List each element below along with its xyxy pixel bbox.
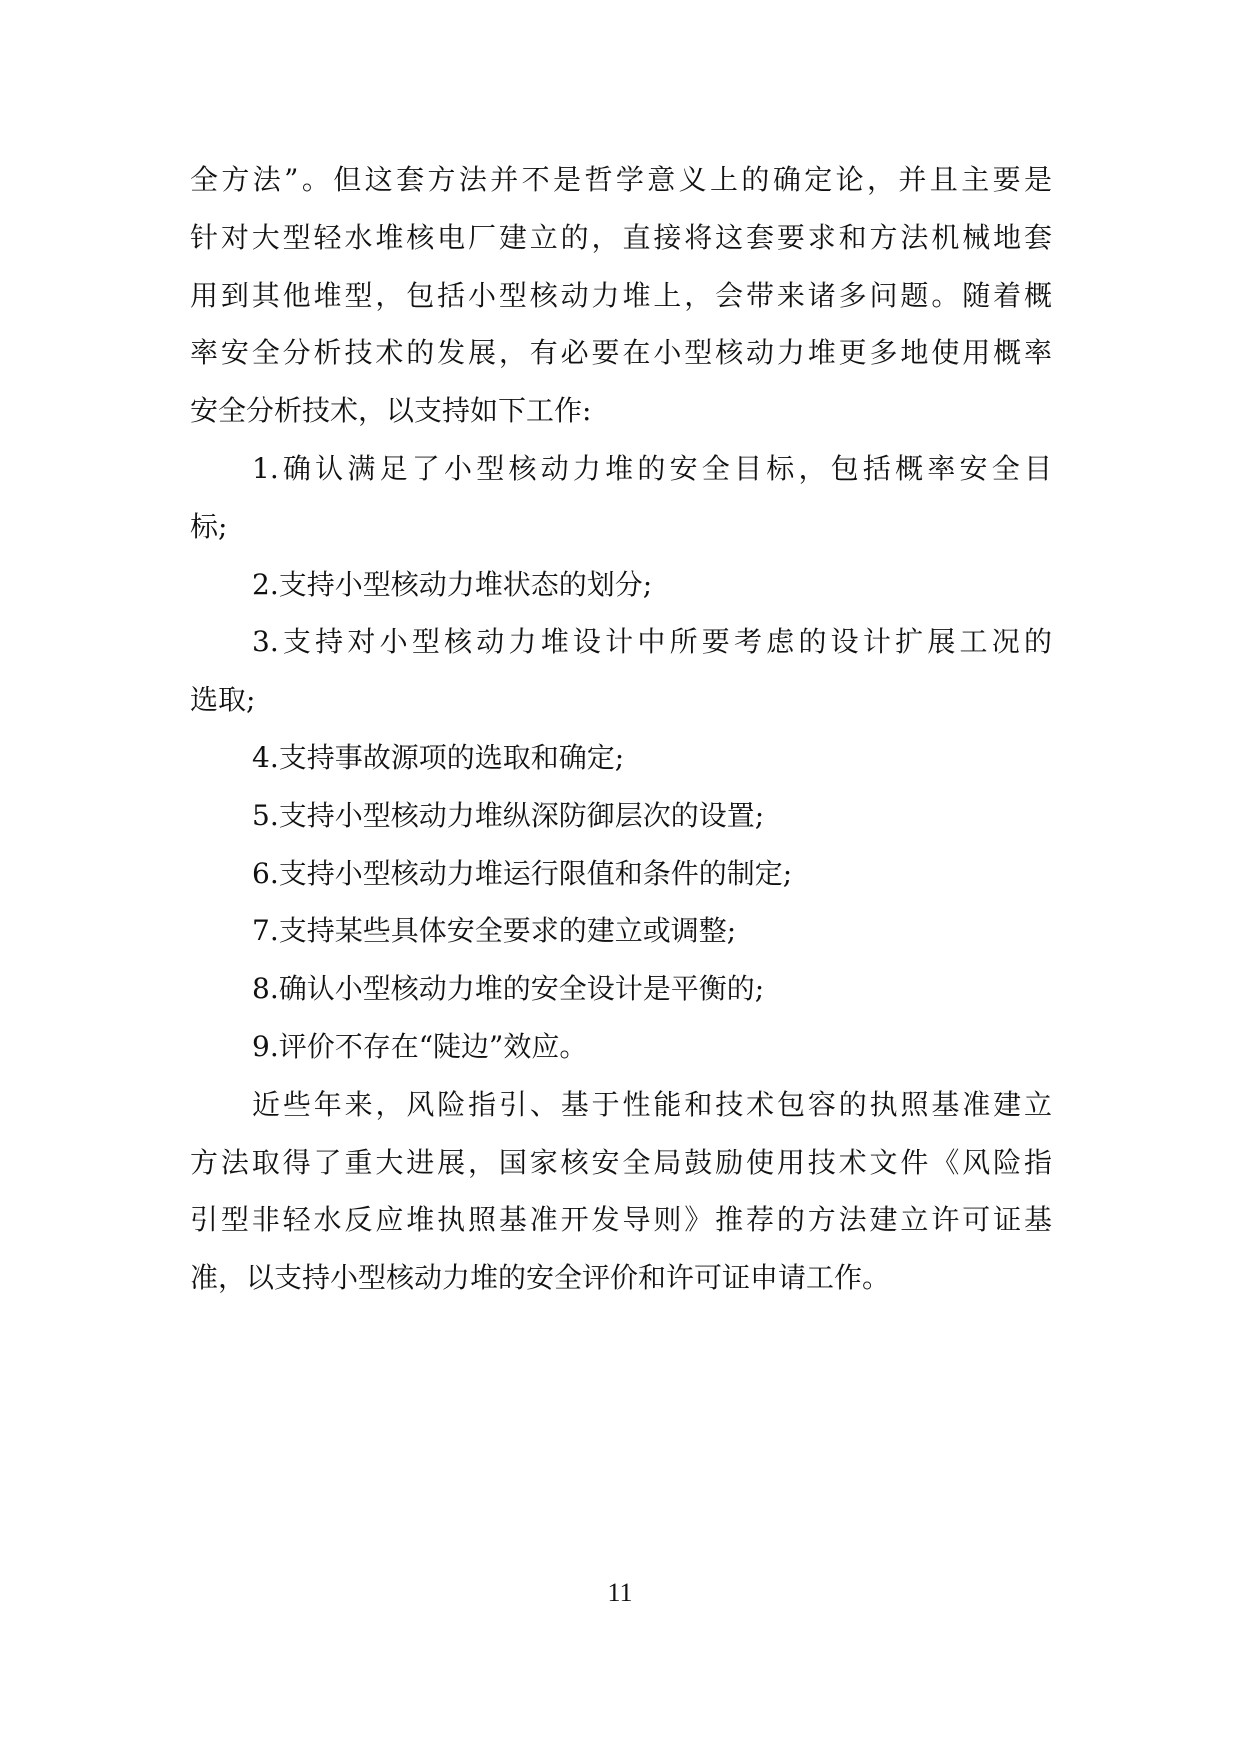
list-item: 5.支持小型核动力堆纵深防御层次的设置;: [190, 794, 1052, 852]
page-number: 11: [0, 1578, 1240, 1608]
list-item-text: 5.支持小型核动力堆纵深防御层次的设置;: [190, 794, 1052, 852]
list-item: 7.支持某些具体安全要求的建立或调整;: [190, 909, 1052, 967]
list-item-text: 标;: [190, 505, 1052, 563]
text-line: 方法取得了重大进展，国家核安全局鼓励使用技术文件《风险指: [190, 1141, 1052, 1199]
list-item: 1.确认满足了小型核动力堆的安全目标，包括概率安全目 标;: [190, 447, 1052, 563]
text-line: 准，以支持小型核动力堆的安全评价和许可证申请工作。: [190, 1256, 1052, 1314]
text-line: 用到其他堆型，包括小型核动力堆上，会带来诸多问题。随着概: [190, 274, 1052, 332]
intro-paragraph: 全方法”。但这套方法并不是哲学意义上的确定论，并且主要是 针对大型轻水堆核电厂建…: [190, 158, 1052, 447]
text-line: 引型非轻水反应堆执照基准开发导则》推荐的方法建立许可证基: [190, 1198, 1052, 1256]
list-item-text: 2.支持小型核动力堆状态的划分;: [190, 563, 1052, 621]
list-item-text: 6.支持小型核动力堆运行限值和条件的制定;: [190, 852, 1052, 910]
list-item-text: 7.支持某些具体安全要求的建立或调整;: [190, 909, 1052, 967]
text-line: 安全分析技术，以支持如下工作:: [190, 389, 1052, 447]
document-page: 全方法”。但这套方法并不是哲学意义上的确定论，并且主要是 针对大型轻水堆核电厂建…: [0, 0, 1240, 1753]
closing-paragraph: 近些年来，风险指引、基于性能和技术包容的执照基准建立 方法取得了重大进展，国家核…: [190, 1083, 1052, 1314]
body-text: 全方法”。但这套方法并不是哲学意义上的确定论，并且主要是 针对大型轻水堆核电厂建…: [190, 158, 1052, 1314]
list-item: 2.支持小型核动力堆状态的划分;: [190, 563, 1052, 621]
text-line: 近些年来，风险指引、基于性能和技术包容的执照基准建立: [190, 1083, 1052, 1141]
list-item: 6.支持小型核动力堆运行限值和条件的制定;: [190, 852, 1052, 910]
support-work-list: 1.确认满足了小型核动力堆的安全目标，包括概率安全目 标; 2.支持小型核动力堆…: [190, 447, 1052, 1083]
list-item: 3.支持对小型核动力堆设计中所要考虑的设计扩展工况的 选取;: [190, 620, 1052, 736]
text-line: 针对大型轻水堆核电厂建立的，直接将这套要求和方法机械地套: [190, 216, 1052, 274]
list-item-text: 3.支持对小型核动力堆设计中所要考虑的设计扩展工况的: [190, 620, 1052, 678]
list-item: 4.支持事故源项的选取和确定;: [190, 736, 1052, 794]
list-item: 9.评价不存在“陡边”效应。: [190, 1025, 1052, 1083]
list-item-text: 9.评价不存在“陡边”效应。: [190, 1025, 1052, 1083]
list-item: 8.确认小型核动力堆的安全设计是平衡的;: [190, 967, 1052, 1025]
list-item-text: 选取;: [190, 678, 1052, 736]
list-item-text: 8.确认小型核动力堆的安全设计是平衡的;: [190, 967, 1052, 1025]
text-line: 全方法”。但这套方法并不是哲学意义上的确定论，并且主要是: [190, 158, 1052, 216]
list-item-text: 1.确认满足了小型核动力堆的安全目标，包括概率安全目: [190, 447, 1052, 505]
text-line: 率安全分析技术的发展，有必要在小型核动力堆更多地使用概率: [190, 331, 1052, 389]
list-item-text: 4.支持事故源项的选取和确定;: [190, 736, 1052, 794]
